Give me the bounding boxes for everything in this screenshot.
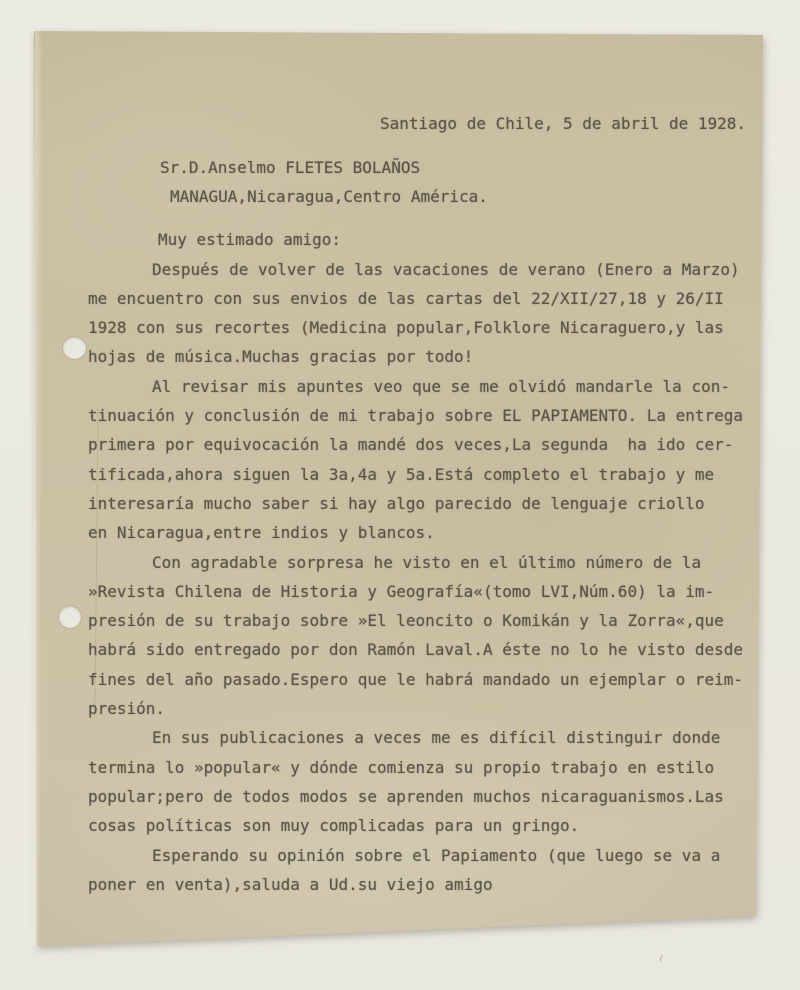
body-line: presión.	[88, 694, 770, 723]
body-line: hojas de música.Muchas gracias por todo!	[88, 342, 770, 371]
body-line: en Nicaragua,entre indios y blancos.	[88, 518, 770, 547]
scanned-document-view: { "colors": { "background": "#eae9e1", "…	[0, 0, 800, 990]
recipient-name: Sr.D.Anselmo FLETES BOLAÑOS	[160, 153, 770, 182]
body-line: tinuación y conclusión de mi trabajo sob…	[88, 401, 770, 430]
punch-hole-top	[63, 337, 86, 359]
body-line: me encuentro con sus envios de las carta…	[88, 284, 770, 313]
body-line: interesaría mucho saber si hay algo pare…	[88, 489, 770, 518]
body-line: fines del año pasado.Espero que le habrá…	[88, 665, 770, 694]
body-line: presión de su trabajo sobre »El leoncito…	[88, 606, 770, 635]
body-line: En sus publicaciones a veces me es difíc…	[152, 723, 770, 752]
body-line: popular;pero de todos modos se aprenden …	[88, 782, 770, 811]
body-line: Con agradable sorpresa he visto en el úl…	[152, 548, 770, 577]
punch-hole-bottom	[59, 606, 81, 628]
dateline: Santiago de Chile, 5 de abril de 1928.	[380, 109, 770, 138]
recipient-address: MANAGUA,Nicaragua,Centro América.	[170, 182, 770, 211]
body-line: »Revista Chilena de Historia y Geografía…	[88, 577, 770, 606]
body-line: Al revisar mis apuntes veo que se me olv…	[152, 372, 770, 401]
letter-text: Santiago de Chile, 5 de abril de 1928. S…	[88, 109, 770, 899]
body-line: poner en venta),saluda a Ud.su viejo ami…	[88, 870, 770, 899]
body-line: habrá sido entregado por don Ramón Laval…	[88, 635, 770, 664]
body-line: primera por equivocación la mandé dos ve…	[88, 430, 770, 459]
body-line: cosas políticas son muy complicadas para…	[88, 811, 770, 840]
body-line: 1928 con sus recortes (Medicina popular,…	[88, 313, 770, 342]
body-line: tificada,ahora siguen la 3a,4a y 5a.Está…	[88, 460, 770, 489]
body-line: termina lo »popular« y dónde comienza su…	[88, 753, 770, 782]
salutation: Muy estimado amigo:	[158, 225, 770, 254]
body-line: Después de volver de las vacaciones de v…	[152, 255, 770, 284]
body-line: Esperando su opinión sobre el Papiamento…	[152, 841, 770, 870]
